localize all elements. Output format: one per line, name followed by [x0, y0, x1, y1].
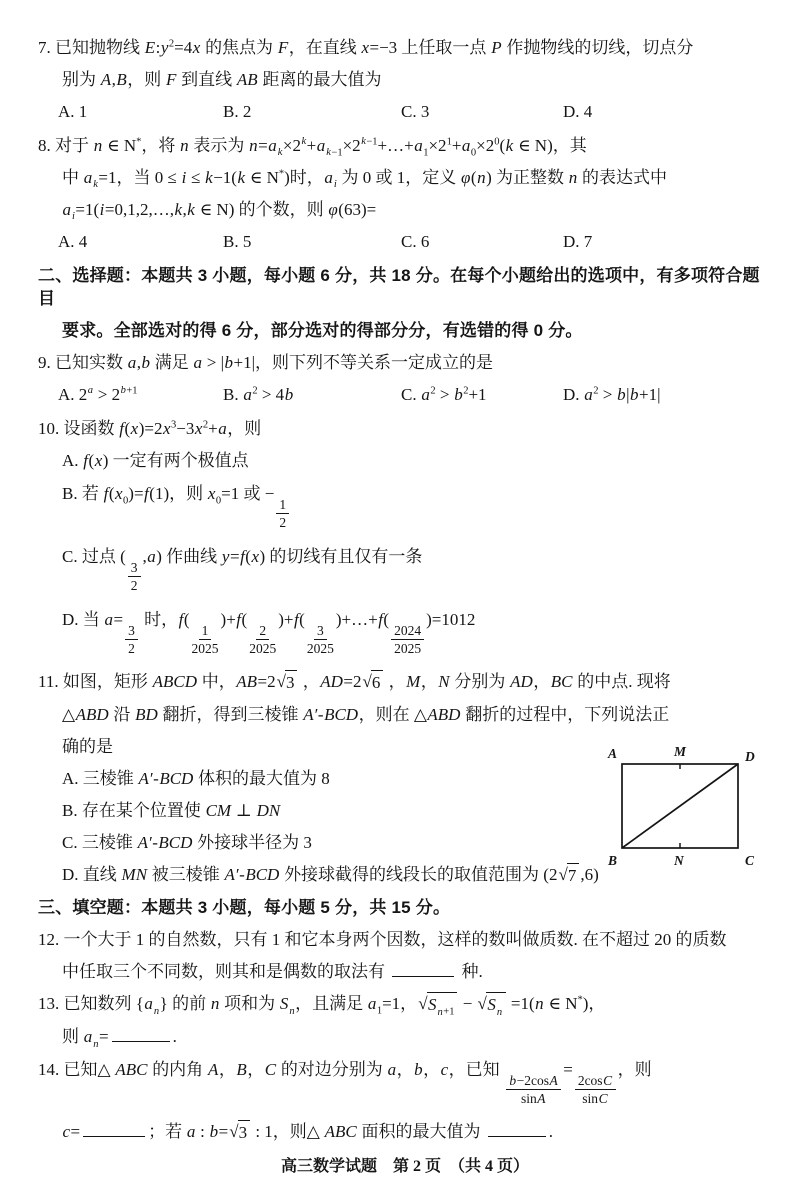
- math-variable: n: [153, 1006, 159, 1017]
- subscript: 0: [471, 147, 476, 158]
- math-variable: C: [603, 1073, 613, 1088]
- math-variable: CM: [205, 801, 232, 820]
- superscript: 2: [430, 385, 435, 396]
- math-variable: k: [205, 168, 214, 187]
- subscript: i: [333, 179, 337, 190]
- math-variable: AB: [236, 672, 258, 691]
- answer-blank: [112, 1025, 170, 1042]
- math-variable: a: [414, 136, 424, 155]
- subscript: 1: [377, 1006, 382, 1017]
- math-variable: n: [180, 136, 190, 155]
- subscript: n: [93, 1039, 99, 1050]
- math-variable: i: [99, 200, 105, 219]
- math-variable: f: [378, 610, 384, 629]
- option: A. 4: [58, 230, 223, 253]
- text-line: ai=1(i=0,1,2,…,k,k ∈ N) 的个数，则 φ(63)=: [38, 198, 772, 221]
- superscript: *: [136, 136, 141, 147]
- options-row: A. 2a > 2b+1B. a2 > 4bC. a2 > b2+1D. a2 …: [38, 383, 772, 406]
- superscript: 2: [252, 385, 257, 396]
- math-variable: BC: [550, 672, 573, 691]
- subscript: n+1: [437, 1007, 454, 1018]
- math-variable: k: [93, 179, 99, 190]
- text-line: 7. 已知抛物线 E:y2=4x 的焦点为 F，在直线 x=−3 上任取一点 P…: [38, 36, 772, 59]
- math-variable: S: [279, 994, 289, 1013]
- superscript: a: [87, 385, 93, 396]
- math-variable: x: [94, 451, 103, 470]
- math-variable: F: [277, 38, 288, 57]
- math-variable: k: [174, 200, 183, 219]
- math-variable: a: [461, 136, 471, 155]
- math-variable: A: [207, 1060, 218, 1079]
- math-variable: n: [93, 136, 103, 155]
- option: A. 1: [58, 100, 223, 123]
- superscript: k−1: [361, 136, 378, 147]
- math-variable: b: [120, 385, 126, 396]
- subscript: n: [153, 1006, 159, 1017]
- option: D. a2 > b|b+1|: [563, 383, 772, 406]
- superscript: 1: [447, 136, 452, 147]
- math-variable: b: [630, 385, 640, 404]
- option: B. a2 > 4b: [223, 383, 401, 406]
- math-variable: a: [83, 1027, 93, 1046]
- math-variable: x: [162, 419, 171, 438]
- option: B. 2: [223, 100, 401, 123]
- math-variable: n: [496, 1007, 502, 1018]
- math-variable: a: [193, 353, 203, 372]
- math-variable: k: [277, 147, 283, 158]
- math-variable: n: [249, 136, 259, 155]
- math-variable: BCD: [245, 865, 280, 884]
- vertex-label-m: M: [673, 744, 687, 759]
- superscript: *: [578, 994, 583, 1005]
- options-row: A. 4B. 5C. 6D. 7: [38, 230, 772, 253]
- math-variable: S: [428, 995, 438, 1014]
- text-line: c=；若 a : b=√3 : 1，则△ ABC 面积的最大值为 .: [38, 1120, 772, 1144]
- math-variable: N: [438, 672, 450, 691]
- math-variable: k: [301, 136, 307, 147]
- radical: √Sn: [478, 992, 506, 1016]
- math-variable: M: [406, 672, 421, 691]
- math-variable: a: [127, 353, 137, 372]
- math-variable: f: [144, 484, 150, 503]
- math-variable: ABD: [75, 705, 109, 724]
- math-variable: f: [83, 451, 89, 470]
- exam-page: 7. 已知抛物线 E:y2=4x 的焦点为 F，在直线 x=−3 上任取一点 P…: [0, 0, 800, 1193]
- math-variable: x: [194, 419, 203, 438]
- option: A. 2a > 2b+1: [58, 383, 223, 406]
- math-variable: BCD: [158, 833, 193, 852]
- math-variable: b: [141, 353, 151, 372]
- exam-content: 7. 已知抛物线 E:y2=4x 的焦点为 F，在直线 x=−3 上任取一点 P…: [38, 36, 772, 1153]
- vertex-label-a: A: [607, 746, 617, 761]
- math-variable: MN: [121, 865, 148, 884]
- answer-blank: [392, 960, 454, 977]
- fraction: 22025: [249, 623, 276, 656]
- math-variable: k: [505, 136, 514, 155]
- math-variable: a: [324, 168, 334, 187]
- text-line: 8. 对于 n ∈ N*，将 n 表示为 n=ak×2k+ak−1×2k−1+……: [38, 134, 772, 157]
- math-variable: a: [387, 1060, 397, 1079]
- math-variable: B: [236, 1060, 247, 1079]
- math-variable: BD: [135, 705, 159, 724]
- math-variable: A′: [138, 769, 153, 788]
- fraction: 20242025: [391, 623, 424, 656]
- math-variable: a: [218, 419, 228, 438]
- math-variable: x: [130, 419, 139, 438]
- math-variable: a: [316, 136, 326, 155]
- math-variable: x: [115, 484, 124, 503]
- math-variable: a: [62, 200, 72, 219]
- math-variable: i: [181, 168, 187, 187]
- math-variable: S: [487, 995, 497, 1014]
- math-variable: AB: [236, 70, 258, 89]
- math-variable: ABC: [115, 1060, 148, 1079]
- math-variable: C: [264, 1060, 276, 1079]
- math-variable: a: [186, 1122, 196, 1141]
- math-variable: f: [178, 610, 184, 629]
- diagonal-bd: [622, 764, 738, 848]
- math-variable: i: [333, 179, 337, 190]
- math-variable: b: [617, 385, 627, 404]
- option: B. 5: [223, 230, 401, 253]
- math-variable: P: [491, 38, 502, 57]
- math-variable: f: [293, 610, 299, 629]
- math-variable: n: [535, 994, 545, 1013]
- math-variable: b: [209, 1122, 219, 1141]
- math-variable: k: [237, 168, 246, 187]
- math-variable: F: [166, 70, 177, 89]
- text-line: 13. 已知数列 {an} 的前 n 项和为 Sn，且满足 a1=1，√Sn+1…: [38, 992, 772, 1016]
- superscript: 0: [494, 136, 499, 147]
- answer-blank: [488, 1120, 546, 1137]
- math-variable: BCD: [159, 769, 194, 788]
- math-variable: k: [361, 136, 367, 147]
- math-variable: n: [568, 168, 578, 187]
- subscript: k: [277, 147, 283, 158]
- math-variable: A: [549, 1073, 558, 1088]
- math-variable: n: [210, 994, 220, 1013]
- text-line: 9. 已知实数 a,b 满足 a > |b+1|，则下列不等关系一定成立的是: [38, 351, 772, 374]
- subscript: i: [72, 211, 76, 222]
- math-variable: a: [421, 385, 431, 404]
- math-variable: n: [477, 168, 487, 187]
- math-variable: x: [251, 547, 260, 566]
- option: C. 3: [401, 100, 563, 123]
- option: C. a2 > b2+1: [401, 383, 563, 406]
- math-variable: x: [361, 38, 370, 57]
- text-line: 10. 设函数 f(x)=2x3−3x2+a，则: [38, 417, 772, 440]
- superscript: 2: [593, 385, 598, 396]
- math-variable: n: [437, 1007, 443, 1018]
- math-variable: x: [207, 484, 216, 503]
- math-variable: C: [598, 1091, 608, 1106]
- fraction: b−2cosAsinA: [506, 1073, 561, 1106]
- math-variable: a: [243, 385, 253, 404]
- text-line: 12. 一个大于 1 的自然数，只有 1 和它本身两个因数，这样的数叫做质数. …: [38, 928, 772, 951]
- math-variable: A: [100, 70, 111, 89]
- math-variable: E: [144, 38, 155, 57]
- math-variable: a: [104, 610, 114, 629]
- option: D. 7: [563, 230, 772, 253]
- superscript: k: [301, 136, 307, 147]
- math-variable: n: [289, 1006, 295, 1017]
- superscript: b+1: [120, 385, 137, 396]
- option: D. 4: [563, 100, 772, 123]
- subscript: 0: [123, 495, 128, 506]
- radical: √6: [363, 670, 384, 694]
- math-variable: AD: [320, 672, 344, 691]
- radical: √3: [229, 1120, 250, 1144]
- section-heading: 要求。全部选对的得 6 分，部分选对的得部分分，有选错的得 0 分。: [38, 319, 772, 342]
- text-line: 11. 如图，矩形 ABCD 中，AB=2√3 ，AD=2√6 ，M，N 分别为…: [38, 670, 772, 694]
- math-variable: AD: [510, 672, 534, 691]
- math-variable: a: [87, 385, 93, 396]
- superscript: *: [279, 168, 284, 179]
- math-variable: i: [72, 211, 76, 222]
- section-heading: 二、选择题：本题共 3 小题，每小题 6 分，共 18 分。在每个小题给出的选项…: [38, 264, 772, 310]
- subscript: k−1: [326, 147, 343, 158]
- superscript: 3: [171, 419, 176, 430]
- math-variable: DN: [256, 801, 281, 820]
- page-footer: 高三数学试题 第 2 页 （共 4 页）: [38, 1153, 772, 1184]
- math-variable: A′: [224, 865, 239, 884]
- text-line: 中任取三个不同数，则其和是偶数的取法有 种.: [38, 960, 772, 983]
- radical: √Sn+1: [418, 992, 457, 1016]
- q11-figure: A M D B N C: [606, 742, 764, 870]
- math-variable: a: [147, 547, 157, 566]
- math-variable: c: [440, 1060, 449, 1079]
- text-line: △ABD 沿 BD 翻折，得到三棱锥 A′-BCD，则在 △ABD 翻折的过程中…: [38, 703, 772, 726]
- math-variable: b: [284, 385, 294, 404]
- math-variable: f: [103, 484, 109, 503]
- math-variable: n: [93, 1039, 99, 1050]
- text-line: 14. 已知△ ABC 的内角 A，B，C 的对边分别为 a，b，c，已知 b−…: [38, 1057, 772, 1106]
- superscript: 2: [169, 38, 174, 49]
- q11-figure-wrap: A M D B N C: [606, 742, 766, 876]
- math-variable: a: [268, 136, 278, 155]
- superscript: 2: [463, 385, 468, 396]
- fraction: 32: [125, 623, 138, 656]
- subscript: n: [289, 1006, 295, 1017]
- text-line: 则 an=.: [38, 1025, 772, 1048]
- math-variable: a: [83, 168, 93, 187]
- answer-blank: [83, 1120, 145, 1137]
- math-variable: c: [62, 1122, 71, 1141]
- text-line: C. 过点 (32,a) 作曲线 y=f(x) 的切线有且仅有一条: [38, 544, 772, 593]
- math-variable: ABD: [427, 705, 461, 724]
- math-variable: BCD: [324, 705, 359, 724]
- text-line: D. 当 a=32 时，f(12025)+f(22025)+f(32025)+……: [38, 607, 772, 656]
- math-variable: f: [240, 547, 246, 566]
- section-heading: 三、填空题：本题共 3 小题，每小题 5 分，共 15 分。: [38, 896, 772, 919]
- math-variable: ABC: [324, 1122, 357, 1141]
- subscript: k: [93, 179, 99, 190]
- vertex-label-b: B: [607, 853, 617, 868]
- math-variable: B: [116, 70, 127, 89]
- math-variable: x: [192, 38, 201, 57]
- radical: √7: [558, 863, 579, 887]
- vertex-label-c: C: [745, 853, 755, 868]
- math-variable: A′: [303, 705, 318, 724]
- math-variable: k: [326, 147, 332, 158]
- vertex-label-d: D: [744, 749, 755, 764]
- math-variable: y: [221, 547, 230, 566]
- text-line: 别为 A,B，则 F 到直线 AB 距离的最大值为: [38, 68, 772, 91]
- math-variable: a: [584, 385, 594, 404]
- subscript: 0: [216, 495, 221, 506]
- fraction: 12: [276, 497, 289, 530]
- text-line: B. 若 f(x0)=f(1)，则 x0=1 或 −12: [38, 481, 772, 530]
- math-variable: a: [367, 994, 377, 1013]
- math-variable: y: [160, 38, 169, 57]
- fraction: 12025: [192, 623, 219, 656]
- subscript: 1: [423, 147, 428, 158]
- math-variable: a: [144, 994, 154, 1013]
- math-variable: b: [509, 1073, 517, 1088]
- options-row: A. 1B. 2C. 3D. 4: [38, 100, 772, 123]
- math-variable: k: [187, 200, 196, 219]
- math-variable: A: [537, 1091, 546, 1106]
- math-variable: b: [224, 353, 234, 372]
- superscript: 2: [203, 419, 208, 430]
- math-variable: ABCD: [152, 672, 197, 691]
- fraction: 2cosCsinC: [575, 1073, 616, 1106]
- text-line: A. f(x) 一定有两个极值点: [38, 449, 772, 472]
- text-line: 中 ak=1，当 0 ≤ i ≤ k−1(k ∈ N*)时，ai 为 0 或 1…: [38, 166, 772, 189]
- math-variable: f: [119, 419, 125, 438]
- math-variable: b: [414, 1060, 424, 1079]
- math-variable: φ: [328, 200, 338, 219]
- math-variable: A′: [137, 833, 152, 852]
- vertex-label-n: N: [673, 853, 685, 868]
- subscript: n: [496, 1007, 502, 1018]
- math-variable: b: [454, 385, 464, 404]
- fraction: 32025: [307, 623, 334, 656]
- fraction: 32: [128, 560, 141, 593]
- math-variable: φ: [460, 168, 470, 187]
- option: C. 6: [401, 230, 563, 253]
- radical: √3: [277, 670, 298, 694]
- math-variable: f: [236, 610, 242, 629]
